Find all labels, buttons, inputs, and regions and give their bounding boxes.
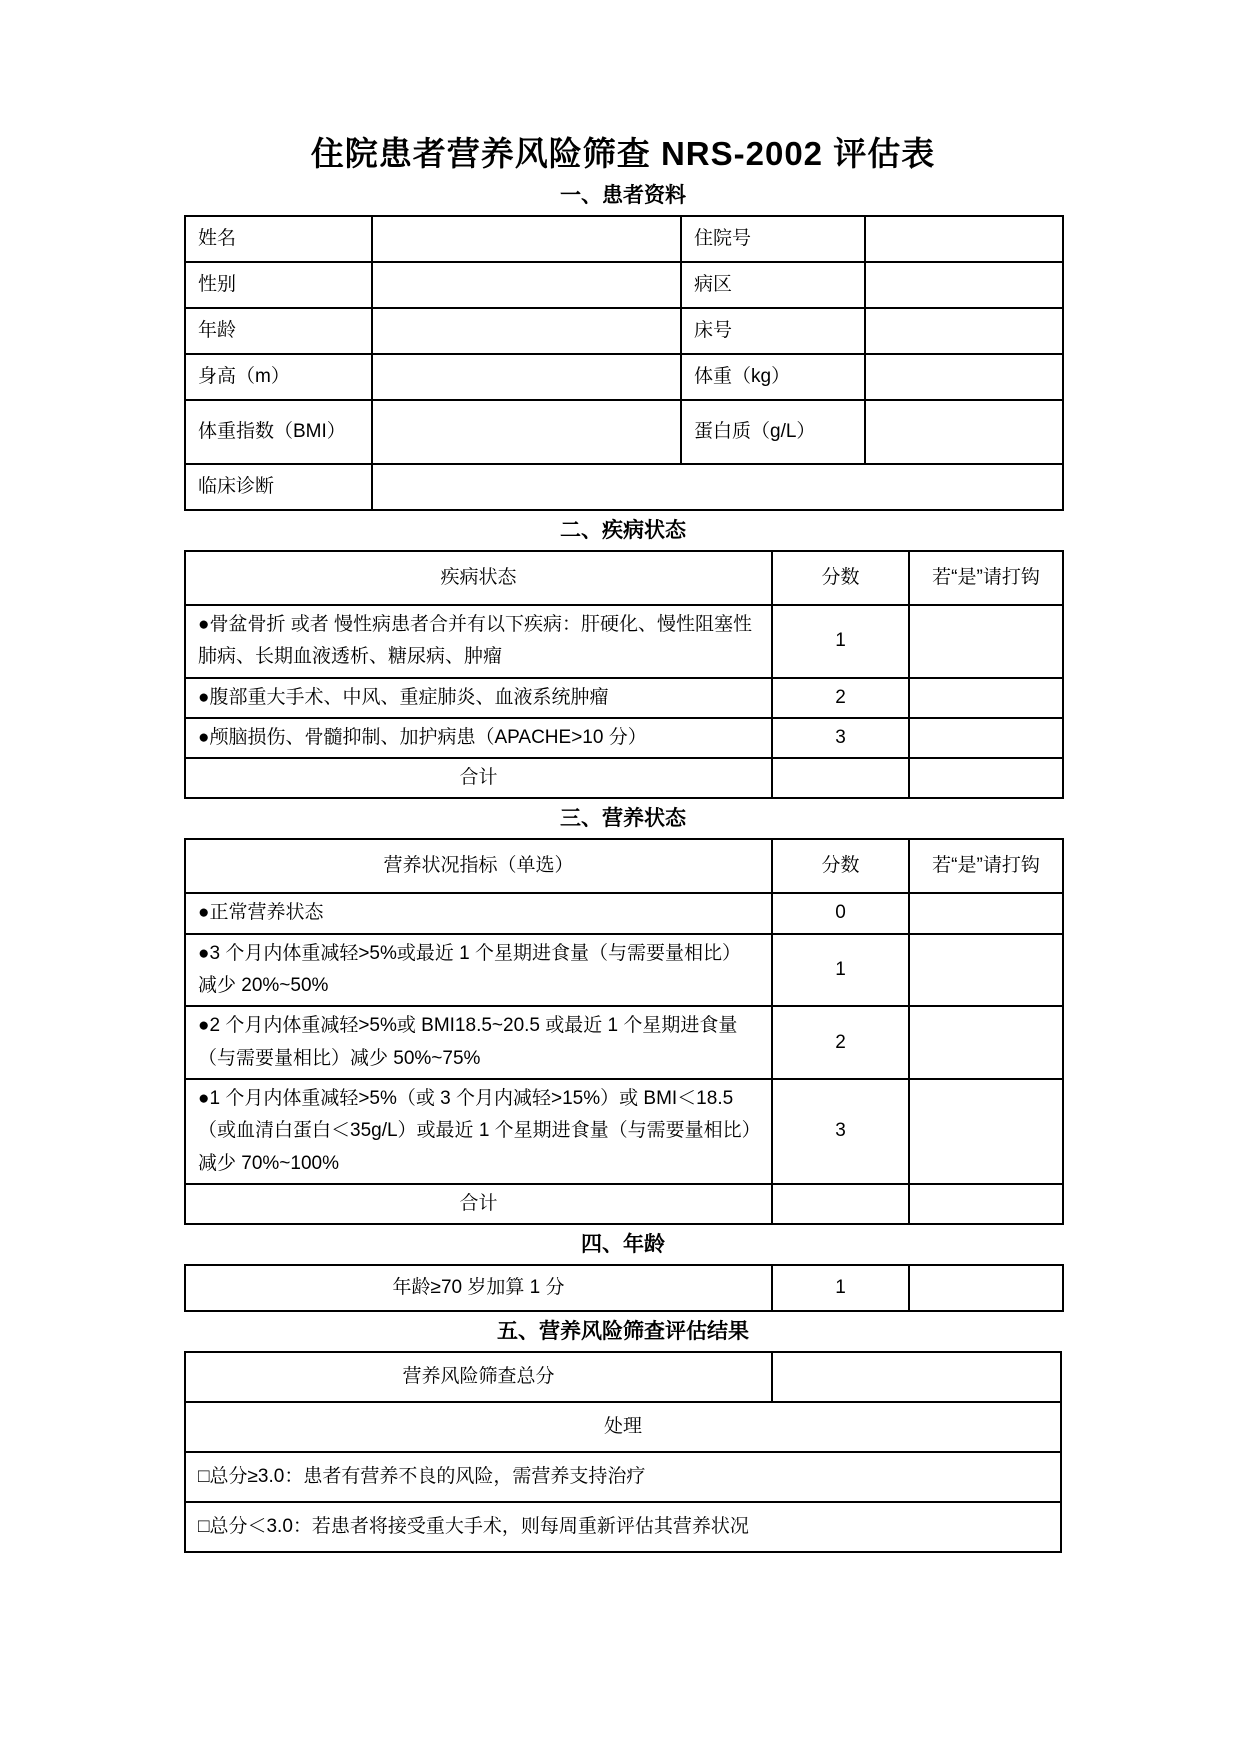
- value-clinical-diagnosis-field[interactable]: [372, 464, 1063, 510]
- disease-total-score-cell[interactable]: [772, 758, 909, 798]
- disease-total-label: 合计: [185, 758, 772, 798]
- nutrition-item-description: ●3 个月内体重减轻>5%或最近 1 个星期进食量（与需要量相比）减少 20%~…: [185, 934, 772, 1007]
- age-rule-description: 年龄≥70 岁加算 1 分: [185, 1265, 772, 1311]
- nutrition-item-check-cell[interactable]: [909, 1006, 1063, 1079]
- table-row: 合计: [185, 758, 1063, 798]
- label-ward-field: 病区: [681, 262, 865, 308]
- total-score-value-cell[interactable]: [772, 1352, 1061, 1402]
- label-clinical-diagnosis-field: 临床诊断: [185, 464, 372, 510]
- col-header-nutrition-indicator: 营养状况指标（单选）: [185, 839, 772, 893]
- value-name-field[interactable]: [372, 216, 681, 262]
- result-table: 营养风险筛查总分 处理 □总分≥3.0：患者有营养不良的风险，需营养支持治疗 □…: [184, 1351, 1062, 1553]
- disease-item-description: ●骨盆骨折 或者 慢性病患者合并有以下疾病：肝硬化、慢性阻塞性肺病、长期血液透析…: [185, 605, 772, 678]
- age-table: 年龄≥70 岁加算 1 分 1: [184, 1264, 1064, 1312]
- value-gender-field[interactable]: [372, 262, 681, 308]
- table-row: ●正常营养状态 0: [185, 893, 1063, 933]
- table-row: 年龄≥70 岁加算 1 分 1: [185, 1265, 1063, 1311]
- table-row: 年龄 床号: [185, 308, 1063, 354]
- label-bed-number-field: 床号: [681, 308, 865, 354]
- value-ward-field[interactable]: [865, 262, 1063, 308]
- disease-item-check-cell[interactable]: [909, 678, 1063, 718]
- nutrition-item-check-cell[interactable]: [909, 893, 1063, 933]
- table-header-row: 营养状况指标（单选） 分数 若“是”请打钩: [185, 839, 1063, 893]
- nutrition-item-description: ●正常营养状态: [185, 893, 772, 933]
- disease-item-score: 3: [772, 718, 909, 758]
- nutrition-item-check-cell[interactable]: [909, 934, 1063, 1007]
- col-header-check: 若“是”请打钩: [909, 839, 1063, 893]
- value-bed-number-field[interactable]: [865, 308, 1063, 354]
- nutrition-item-check-cell[interactable]: [909, 1079, 1063, 1184]
- col-header-score: 分数: [772, 551, 909, 605]
- table-row: 临床诊断: [185, 464, 1063, 510]
- label-age-field: 年龄: [185, 308, 372, 354]
- option-low-score[interactable]: □总分＜3.0：若患者将接受重大手术，则每周重新评估其营养状况: [185, 1502, 1061, 1552]
- table-row: 性别 病区: [185, 262, 1063, 308]
- form-title: 住院患者营养风险筛查 NRS-2002 评估表: [184, 132, 1062, 176]
- disease-item-description: ●颅脑损伤、骨髓抑制、加护病患（APACHE>10 分）: [185, 718, 772, 758]
- table-row: 合计: [185, 1184, 1063, 1224]
- disease-total-check-cell[interactable]: [909, 758, 1063, 798]
- label-name-field: 姓名: [185, 216, 372, 262]
- label-height-field: 身高（m）: [185, 354, 372, 400]
- nutrition-total-score-cell[interactable]: [772, 1184, 909, 1224]
- nutrition-status-table: 营养状况指标（单选） 分数 若“是”请打钩 ●正常营养状态 0 ●3 个月内体重…: [184, 838, 1064, 1225]
- section-heading-result: 五、营养风险筛查评估结果: [184, 1318, 1062, 1346]
- section-heading-patient-info: 一、患者资料: [184, 182, 1062, 210]
- nutrition-item-score: 3: [772, 1079, 909, 1184]
- form-content: 住院患者营养风险筛查 NRS-2002 评估表 一、患者资料 姓名 住院号 性别…: [184, 132, 1062, 1553]
- document-page: 住院患者营养风险筛查 NRS-2002 评估表 一、患者资料 姓名 住院号 性别…: [0, 0, 1240, 1553]
- age-rule-score: 1: [772, 1265, 909, 1311]
- disease-item-check-cell[interactable]: [909, 718, 1063, 758]
- table-row: ●腹部重大手术、中风、重症肺炎、血液系统肿瘤 2: [185, 678, 1063, 718]
- nutrition-item-description: ●2 个月内体重减轻>5%或 BMI18.5~20.5 或最近 1 个星期进食量…: [185, 1006, 772, 1079]
- handling-label: 处理: [185, 1402, 1061, 1452]
- value-protein-field[interactable]: [865, 400, 1063, 464]
- nutrition-total-check-cell[interactable]: [909, 1184, 1063, 1224]
- section-heading-disease-status: 二、疾病状态: [184, 517, 1062, 545]
- patient-info-table: 姓名 住院号 性别 病区 年龄 床号 身高（m） 体重（kg）: [184, 215, 1064, 511]
- table-row: ●1 个月内体重减轻>5%（或 3 个月内减轻>15%）或 BMI＜18.5（或…: [185, 1079, 1063, 1184]
- section-heading-nutrition-status: 三、营养状态: [184, 805, 1062, 833]
- value-height-field[interactable]: [372, 354, 681, 400]
- nutrition-item-score: 1: [772, 934, 909, 1007]
- table-row: □总分＜3.0：若患者将接受重大手术，则每周重新评估其营养状况: [185, 1502, 1061, 1552]
- table-row: 身高（m） 体重（kg）: [185, 354, 1063, 400]
- label-bmi-field: 体重指数（BMI）: [185, 400, 372, 464]
- table-header-row: 疾病状态 分数 若“是”请打钩: [185, 551, 1063, 605]
- table-row: ●骨盆骨折 或者 慢性病患者合并有以下疾病：肝硬化、慢性阻塞性肺病、长期血液透析…: [185, 605, 1063, 678]
- table-row: 姓名 住院号: [185, 216, 1063, 262]
- table-row: ●3 个月内体重减轻>5%或最近 1 个星期进食量（与需要量相比）减少 20%~…: [185, 934, 1063, 1007]
- nutrition-total-label: 合计: [185, 1184, 772, 1224]
- disease-item-check-cell[interactable]: [909, 605, 1063, 678]
- option-high-score[interactable]: □总分≥3.0：患者有营养不良的风险，需营养支持治疗: [185, 1452, 1061, 1502]
- table-row: 营养风险筛查总分: [185, 1352, 1061, 1402]
- col-header-score: 分数: [772, 839, 909, 893]
- table-row: □总分≥3.0：患者有营养不良的风险，需营养支持治疗: [185, 1452, 1061, 1502]
- disease-item-description: ●腹部重大手术、中风、重症肺炎、血液系统肿瘤: [185, 678, 772, 718]
- table-row: 处理: [185, 1402, 1061, 1452]
- nutrition-item-score: 2: [772, 1006, 909, 1079]
- col-header-disease-status: 疾病状态: [185, 551, 772, 605]
- value-weight-field[interactable]: [865, 354, 1063, 400]
- total-score-label: 营养风险筛查总分: [185, 1352, 772, 1402]
- label-weight-field: 体重（kg）: [681, 354, 865, 400]
- nutrition-item-description: ●1 个月内体重减轻>5%（或 3 个月内减轻>15%）或 BMI＜18.5（或…: [185, 1079, 772, 1184]
- label-protein-field: 蛋白质（g/L）: [681, 400, 865, 464]
- label-admission-number-field: 住院号: [681, 216, 865, 262]
- table-row: ●颅脑损伤、骨髓抑制、加护病患（APACHE>10 分） 3: [185, 718, 1063, 758]
- table-row: 体重指数（BMI） 蛋白质（g/L）: [185, 400, 1063, 464]
- table-row: ●2 个月内体重减轻>5%或 BMI18.5~20.5 或最近 1 个星期进食量…: [185, 1006, 1063, 1079]
- label-gender-field: 性别: [185, 262, 372, 308]
- value-admission-number-field[interactable]: [865, 216, 1063, 262]
- value-bmi-field[interactable]: [372, 400, 681, 464]
- disease-item-score: 1: [772, 605, 909, 678]
- section-heading-age: 四、年龄: [184, 1231, 1062, 1259]
- value-age-field[interactable]: [372, 308, 681, 354]
- col-header-check: 若“是”请打钩: [909, 551, 1063, 605]
- nutrition-item-score: 0: [772, 893, 909, 933]
- age-check-cell[interactable]: [909, 1265, 1063, 1311]
- disease-item-score: 2: [772, 678, 909, 718]
- disease-status-table: 疾病状态 分数 若“是”请打钩 ●骨盆骨折 或者 慢性病患者合并有以下疾病：肝硬…: [184, 550, 1064, 799]
